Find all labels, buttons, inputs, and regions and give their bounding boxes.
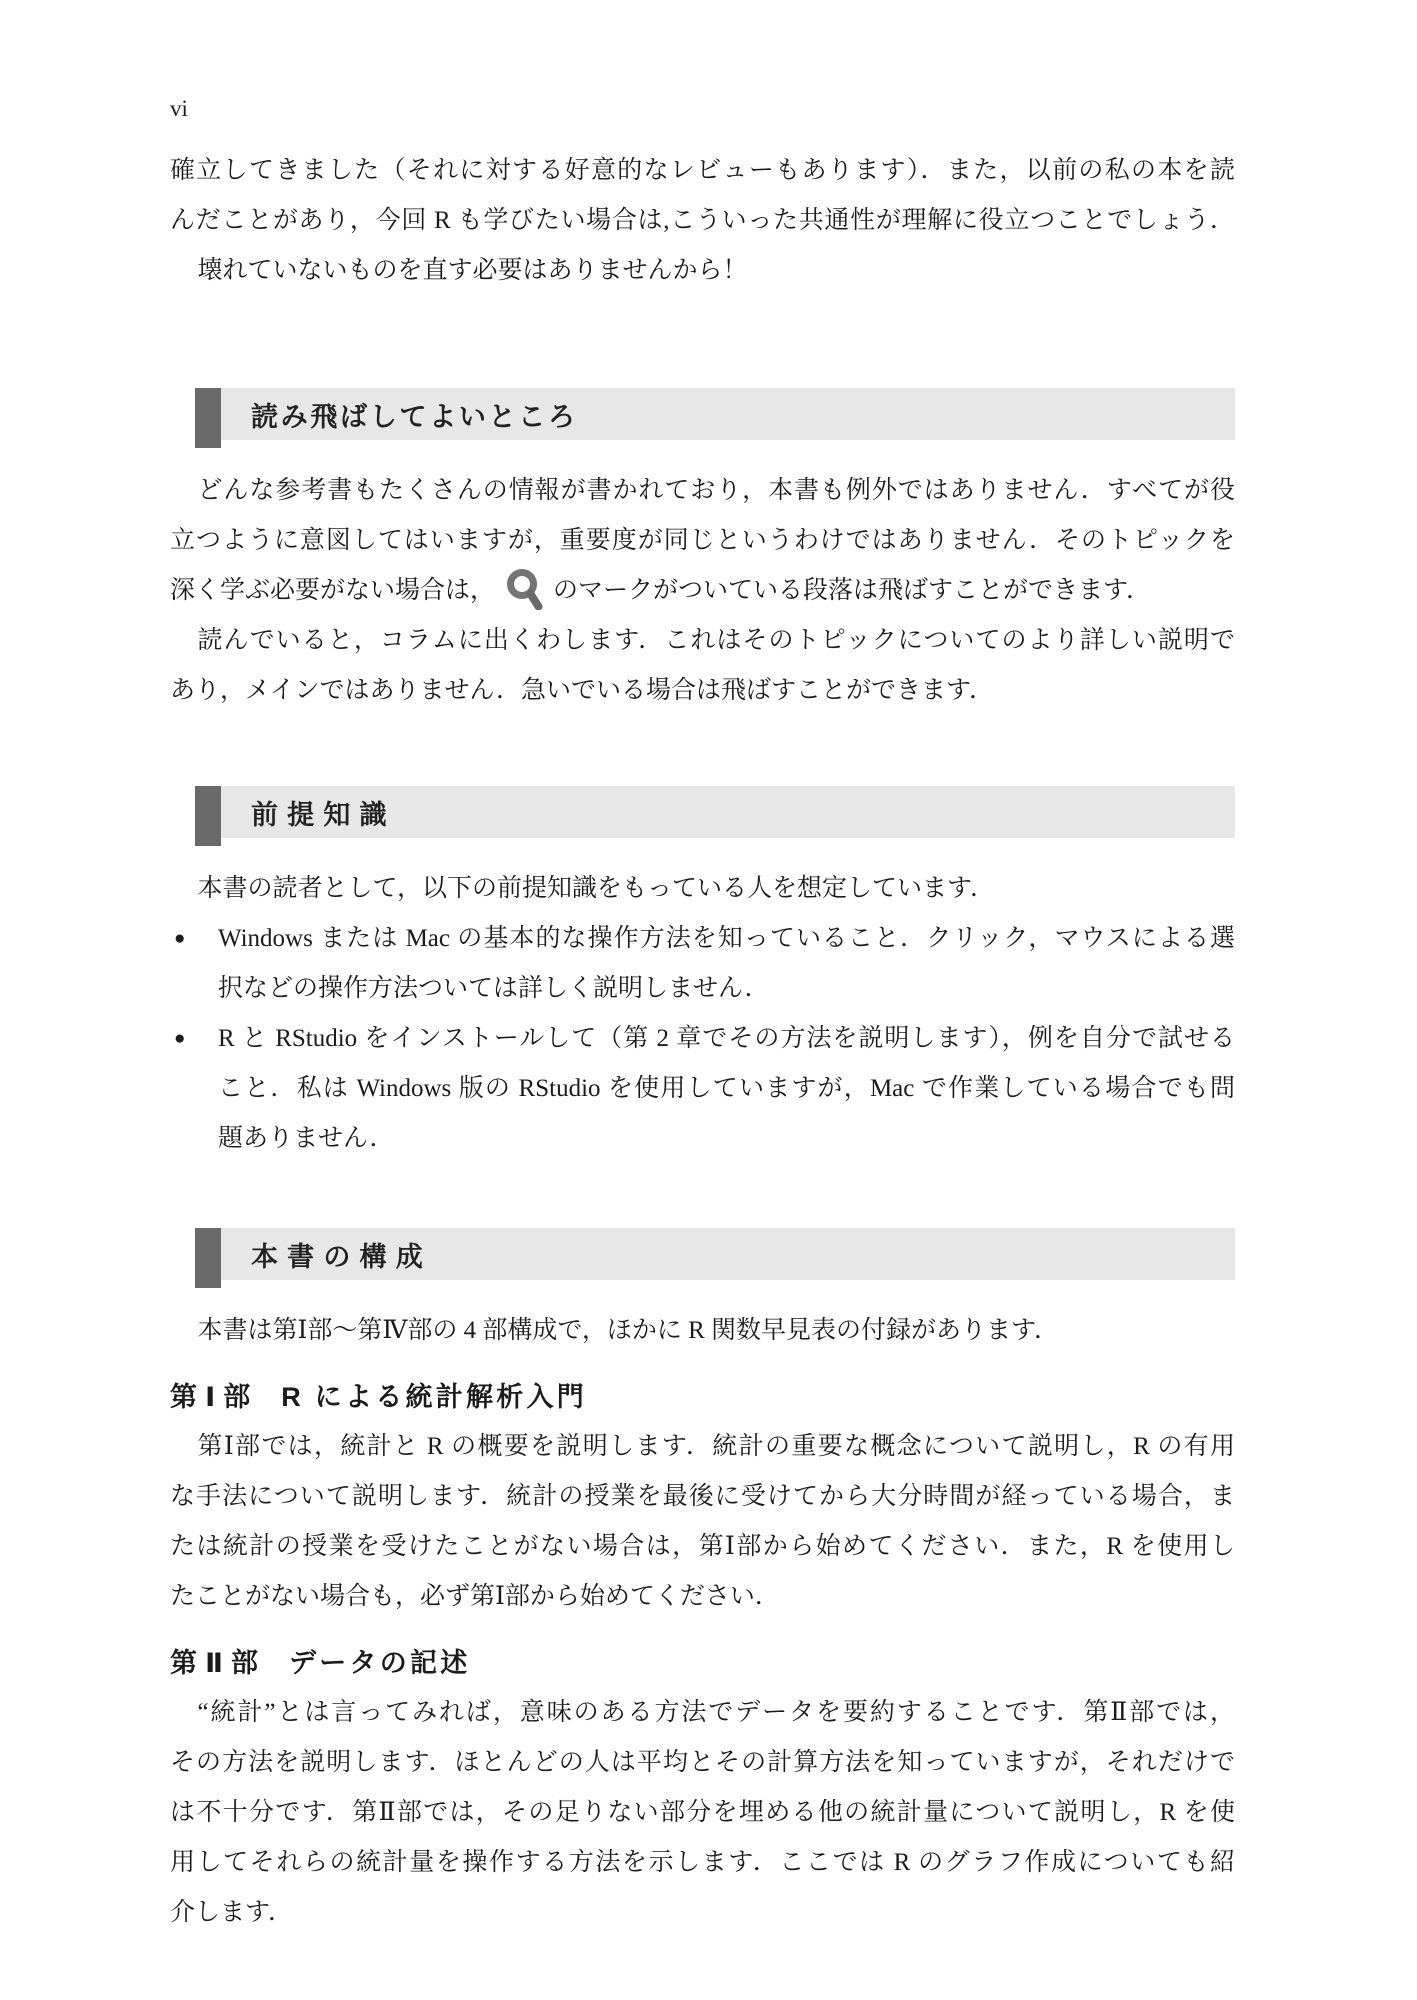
intro-exclamation-line: 壊れていないものを直す必要はありませんから！ [170,246,1235,296]
section-accent-bar [195,388,221,448]
section-header-book-structure: 本書の構成 [195,1228,1235,1288]
text-line: 用してそれらの統計量を操作する方法を示します．ここでは R のグラフ作成について… [170,1838,1235,1888]
structure-lead: 本書は第Ⅰ部～第Ⅳ部の 4 部構成で，ほかに R 関数早見表の付録があります． [170,1306,1235,1356]
text-line: その方法を説明します．ほとんどの人は平均とその計算方法を知っていますが，それだけ… [170,1738,1235,1788]
section-title-bar: 読み飛ばしてよいところ [221,388,1235,440]
text-line: こと．私は Windows 版の RStudio を使用していますが，Mac で… [218,1064,1235,1114]
text-line: 題ありません． [218,1114,1235,1164]
section-accent-bar [195,1228,221,1288]
section-header-prerequisites: 前提知識 [195,786,1235,846]
magnifier-icon [505,568,545,610]
part1-heading: 第Ⅰ部R による統計解析入門 [170,1372,1235,1422]
section-accent-bar [195,786,221,846]
text-line-with-icon: 深く学ぶ必要がない場合は，のマークがついている段落は飛ばすことができます． [170,566,1235,616]
part2-heading: 第Ⅱ部データの記述 [170,1638,1235,1688]
text-after-icon: のマークがついている段落は飛ばすことができます． [553,577,1151,604]
bullet-item-r-rstudio-install: ● R と RStudio をインストールして（第 2 章でその方法を説明します… [170,1014,1235,1164]
text-line: “統計”とは言ってみれば，意味のある方法でデータを要約することです．第Ⅱ部では， [170,1688,1235,1738]
section-title: 前提知識 [251,793,396,832]
text-line: な手法について説明します．統計の授業を最後に受けてから大分時間が経っている場合，… [170,1472,1235,1522]
part1-label: 第Ⅰ部 [170,1382,258,1412]
text-line: は不十分です．第Ⅱ部では，その足りない部分を埋める他の統計量について説明し，R … [170,1788,1235,1838]
prerequisites-lead: 本書の読者として，以下の前提知識をもっている人を想定しています． [170,864,1235,914]
text-before-icon: 深く学ぶ必要がない場合は， [170,577,495,604]
skippable-paragraph-1: どんな参考書もたくさんの情報が書かれており，本書も例外ではありません．すべてが役… [170,466,1235,716]
part2-label: 第Ⅱ部 [170,1648,266,1678]
text-line: んだことがあり，今回 R も学びたい場合は,こういった共通性が理解に役立つことで… [170,196,1235,246]
text-line: 第Ⅰ部では，統計と R の概要を説明します．統計の重要な概念について説明し，R … [170,1422,1235,1472]
section-title-bar: 本書の構成 [221,1228,1235,1280]
text-line: 読んでいると，コラムに出くわします．これはそのトピックについてのより詳しい説明で [170,616,1235,666]
bullet-icon: ● [170,1014,218,1164]
text-line: あり，メインではありません．急いでいる場合は飛ばすことができます． [170,666,1235,716]
text-line: 択などの操作方法ついては詳しく説明しません． [218,964,1235,1014]
bullet-icon: ● [170,914,218,1014]
section-title-bar: 前提知識 [221,786,1235,838]
part1-paragraph: 第Ⅰ部では，統計と R の概要を説明します．統計の重要な概念について説明し，R … [170,1422,1235,1622]
text-line: どんな参考書もたくさんの情報が書かれており，本書も例外ではありません．すべてが役 [170,466,1235,516]
text-line: R と RStudio をインストールして（第 2 章でその方法を説明します），… [218,1014,1235,1064]
text-line: たことがない場合も，必ず第Ⅰ部から始めてください． [170,1572,1235,1622]
part2-title: データの記述 [289,1648,470,1678]
section-title: 本書の構成 [251,1235,432,1274]
bullet-text: Windows または Mac の基本的な操作方法を知っていること．クリック，マ… [218,914,1235,1014]
section-title: 読み飛ばしてよいところ [251,395,578,434]
text-line: 確立してきました（それに対する好意的なレビューもあります）．また，以前の私の本を… [170,146,1235,196]
text-line: 本書の読者として，以下の前提知識をもっている人を想定しています． [170,864,1235,914]
text-line: 介します． [170,1888,1235,1938]
book-page: vi 確立してきました（それに対する好意的なレビューもあります）．また，以前の私… [0,0,1417,2000]
text-line: たは統計の授業を受けたことがない場合は，第Ⅰ部から始めてください．また，R を使… [170,1522,1235,1572]
text-line: 立つように意図してはいますが，重要度が同じというわけではありません．そのトピック… [170,516,1235,566]
text-line: 本書は第Ⅰ部～第Ⅳ部の 4 部構成で，ほかに R 関数早見表の付録があります． [170,1306,1235,1356]
part2-paragraph: “統計”とは言ってみれば，意味のある方法でデータを要約することです．第Ⅱ部では，… [170,1688,1235,1938]
text-line: Windows または Mac の基本的な操作方法を知っていること．クリック，マ… [218,914,1235,964]
intro-paragraph: 確立してきました（それに対する好意的なレビューもあります）．また，以前の私の本を… [170,146,1235,296]
page-number: vi [170,96,1235,122]
bullet-text: R と RStudio をインストールして（第 2 章でその方法を説明します），… [218,1014,1235,1164]
part1-title: R による統計解析入門 [281,1382,587,1412]
section-header-skippable-parts: 読み飛ばしてよいところ [195,388,1235,448]
bullet-item-os-skills: ● Windows または Mac の基本的な操作方法を知っていること．クリック… [170,914,1235,1014]
